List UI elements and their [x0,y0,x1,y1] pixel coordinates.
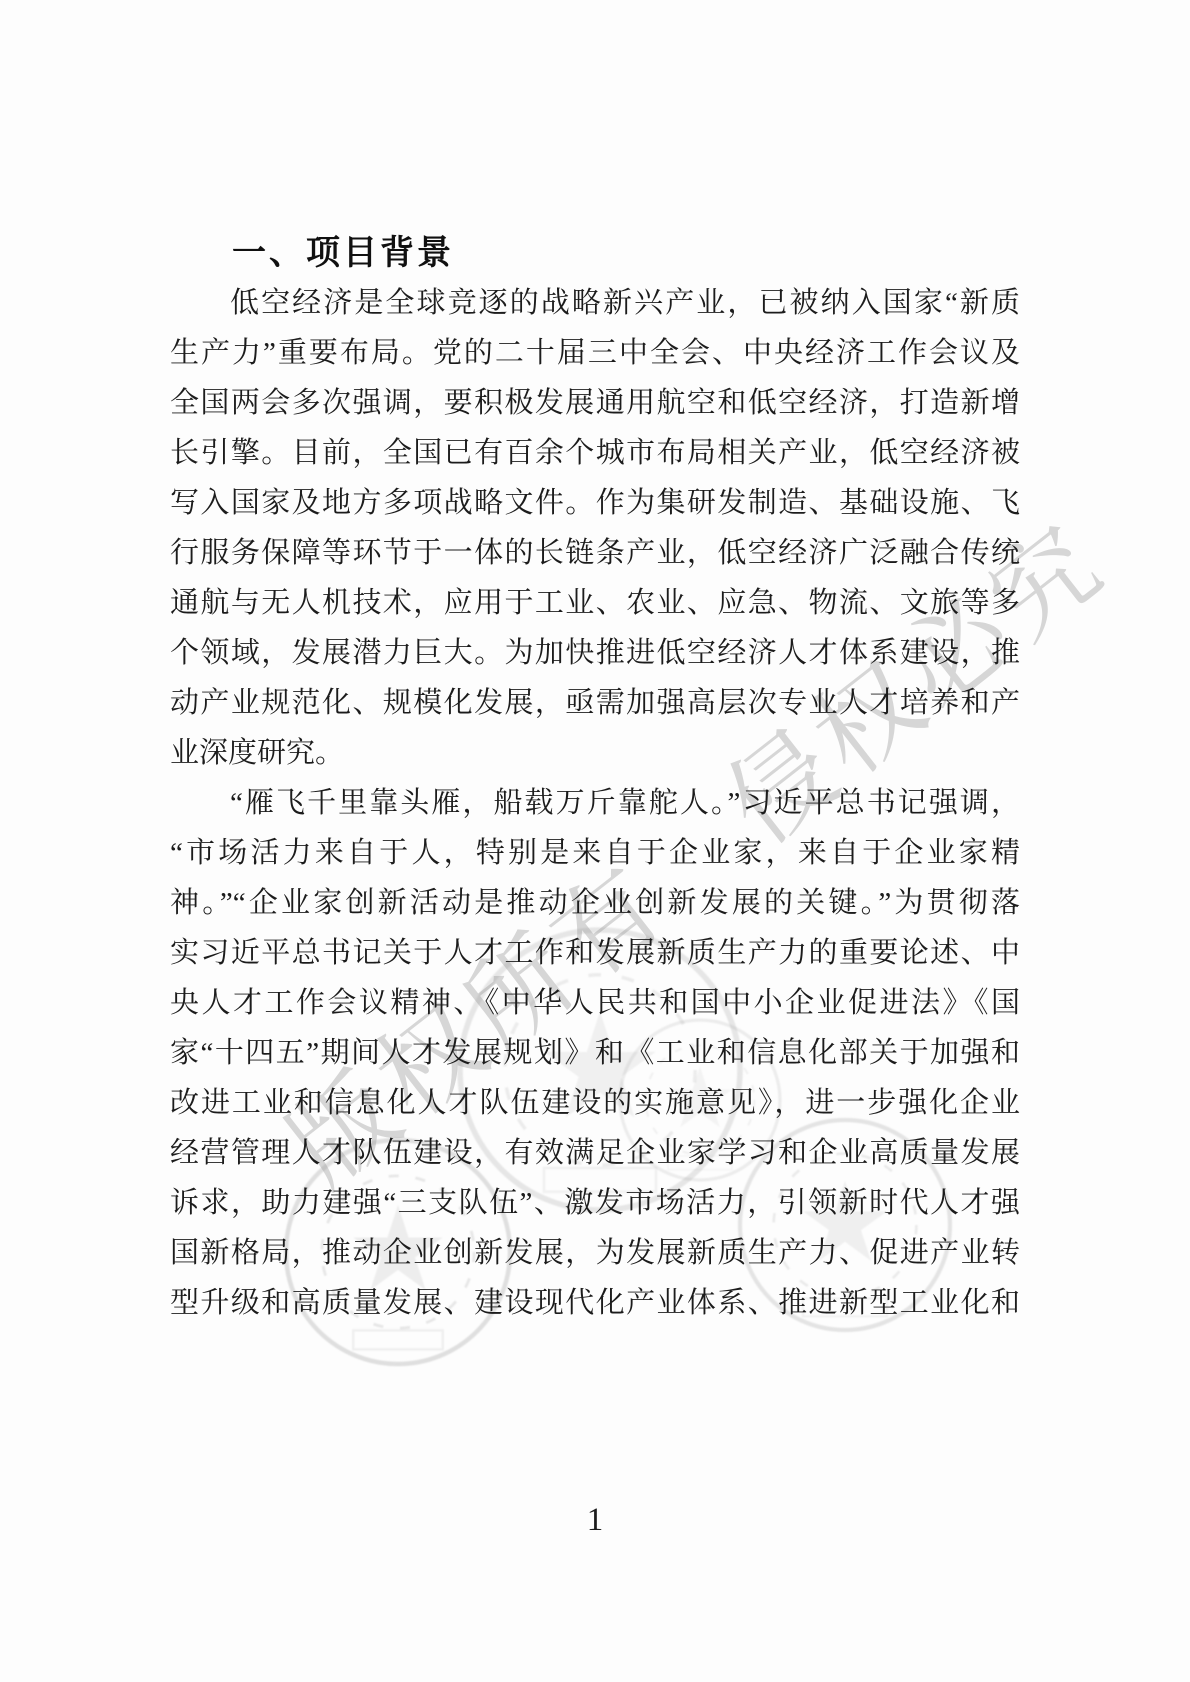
body-line: 业深度研究。 [170,728,1020,778]
body-line: “市场活力来自于人，特别是来自于企业家，来自于企业家精 [170,828,1020,878]
body-line: 低空经济是全球竞逐的战略新兴产业，已被纳入国家“新质 [170,278,1020,328]
body-line: “雁飞千里靠头雁，船载万斤靠舵人。”习近平总书记强调， [170,778,1020,828]
section-heading: 一、项目背景 [170,228,1020,278]
body-line: 诉求，助力建强“三支队伍”、激发市场活力，引领新时代人才强 [170,1178,1020,1228]
body-line: 改进工业和信息化人才队伍建设的实施意见》，进一步强化企业 [170,1078,1020,1128]
body-line: 行服务保障等环节于一体的长链条产业，低空经济广泛融合传统 [170,528,1020,578]
page-number: 1 [170,1502,1020,1539]
body-line: 长引擎。目前，全国已有百余个城市布局相关产业，低空经济被 [170,428,1020,478]
body-line: 通航与无人机技术，应用于工业、农业、应急、物流、文旅等多 [170,578,1020,628]
body-line: 个领域，发展潜力巨大。为加快推进低空经济人才体系建设，推 [170,628,1020,678]
document-page: 版权所有 侵权必究 一、项目背景 低空经济是全球竞逐的战略新兴产业，已被纳入国家… [0,0,1190,1682]
content-area: 一、项目背景 低空经济是全球竞逐的战略新兴产业，已被纳入国家“新质 生产力”重要… [170,228,1020,1328]
body-line: 实习近平总书记关于人才工作和发展新质生产力的重要论述、中 [170,928,1020,978]
body-line: 写入国家及地方多项战略文件。作为集研发制造、基础设施、飞 [170,478,1020,528]
body-line: 型升级和高质量发展、建设现代化产业体系、推进新型工业化和 [170,1278,1020,1328]
body-line: 经营管理人才队伍建设，有效满足企业家学习和企业高质量发展 [170,1128,1020,1178]
body-line: 生产力”重要布局。党的二十届三中全会、中央经济工作会议及 [170,328,1020,378]
body-line: 全国两会多次强调，要积极发展通用航空和低空经济，打造新增 [170,378,1020,428]
body-line: 央人才工作会议精神、《中华人民共和国中小企业促进法》《国 [170,978,1020,1028]
body-line: 国新格局，推动企业创新发展，为发展新质生产力、促进产业转 [170,1228,1020,1278]
body-line: 神。”“企业家创新活动是推动企业创新发展的关键。”为贯彻落 [170,878,1020,928]
body-line: 动产业规范化、规模化发展，亟需加强高层次专业人才培养和产 [170,678,1020,728]
body-line: 家“十四五”期间人才发展规划》和《工业和信息化部关于加强和 [170,1028,1020,1078]
